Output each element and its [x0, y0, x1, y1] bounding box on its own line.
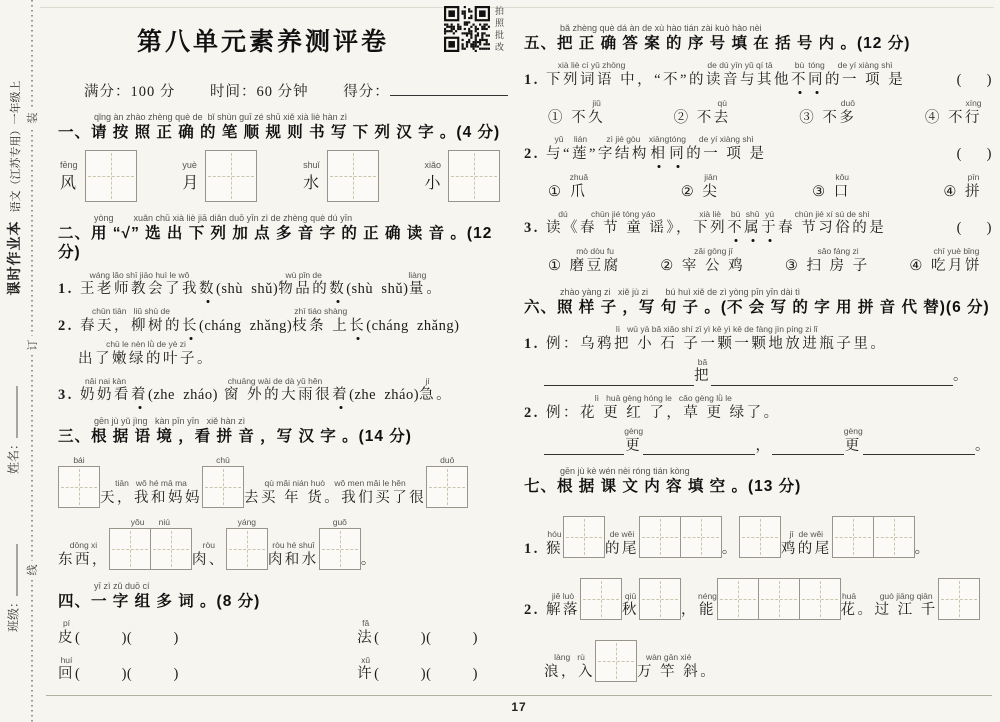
pinyin: [443, 377, 445, 387]
text: 量: [409, 280, 426, 299]
text-segment: 1.: [58, 271, 80, 300]
pinyin: [778, 568, 780, 578]
text: 例：花 更 红 了，草 更 绿了。: [546, 404, 781, 423]
text-segment: shǔ属: [744, 210, 761, 239]
write-box-cell: [680, 516, 722, 558]
right-column: bǎ zhèng què dá àn de xù hào tián zài ku…: [524, 6, 992, 692]
answer-blank-line: [544, 370, 694, 386]
pinyin: yáng: [238, 518, 256, 528]
text-segment: làng rù浪，入: [544, 653, 595, 682]
pinyin: wù pǐn de: [286, 271, 322, 281]
text-segment: ，: [755, 427, 772, 456]
pinyin: [383, 377, 385, 387]
write-box: [639, 578, 681, 620]
write-box-cell: [205, 150, 257, 202]
text: 长: [182, 317, 199, 336]
text: ，: [681, 601, 698, 620]
write-box-cell: [327, 150, 379, 202]
text-segment: lì wū yā bǎ xiǎo shí zǐ yì kē yì kē de f…: [546, 325, 887, 354]
text: 春 节习俗的是: [778, 219, 886, 238]
pinyin: [534, 325, 536, 335]
pinyin: [246, 271, 248, 281]
pinyin: lián: [574, 135, 587, 145]
pinyin: néng: [698, 592, 717, 602]
answer-option: ① 不jiǔ久: [548, 99, 605, 128]
pinyin: [759, 507, 761, 517]
pinyin: [708, 653, 710, 663]
page-number: 17: [511, 700, 526, 714]
write-box-cell: [85, 150, 137, 202]
write-box-cell: [426, 466, 468, 508]
text-segment: zhuǎ爪: [570, 173, 588, 202]
pinyin: [534, 135, 536, 145]
text: 。: [361, 551, 378, 570]
pinyin: [679, 507, 681, 517]
pinyin: yǒu niú: [131, 518, 170, 528]
write-box: [739, 516, 781, 558]
section-title: 七、根 据 课 文 内 容 填 空 。(13 分): [524, 477, 992, 496]
text-segment: gèng更: [624, 427, 643, 456]
pinyin: xiǎo: [424, 160, 441, 170]
write-box-cell: [758, 578, 800, 620]
pinyin: [729, 530, 731, 540]
section-title: 三、根 据 语 境 ，看 拼 音 ，写 汉 字 。(14 分): [58, 427, 508, 446]
text-segment: 1.: [524, 61, 546, 90]
text-segment: chūn jié xí sú de shì春 节习俗的是: [778, 210, 886, 239]
pinyin: [534, 530, 536, 540]
pinyin: [434, 271, 436, 281]
text-segment: 。: [858, 592, 875, 621]
name-field: 姓名：: [5, 386, 22, 474]
q5-item-3: 3. dú读《chūn jié tóng yáo春 节 童 谣 》，xià li…: [524, 210, 992, 239]
text: 爪: [570, 183, 587, 202]
text-segment: 3.: [524, 210, 546, 239]
pinyin: bù: [731, 210, 740, 220]
text: ( ): [957, 219, 992, 238]
pinyin: tóng: [808, 61, 825, 71]
text: 浪，入: [544, 663, 595, 682]
write-box-group: guǒ: [319, 518, 361, 570]
text: ( )( ): [75, 629, 179, 648]
write-box: [580, 578, 622, 620]
write-box-group: yǒu niú: [109, 518, 192, 570]
pinyin: yǔ: [554, 135, 563, 145]
pinyin: xiāng: [649, 135, 669, 145]
text: 读《: [546, 219, 580, 238]
pinyin: huí: [61, 656, 73, 666]
text-segment: ròu hé shuǐ肉和水: [268, 541, 319, 570]
character: 月: [182, 170, 198, 193]
score-label: 得分：: [343, 84, 390, 100]
text: 2.: [524, 145, 546, 164]
text: 能: [699, 601, 716, 620]
text-segment: 。: [436, 377, 453, 406]
pinyin: qiū: [625, 592, 636, 602]
text: 不: [727, 219, 744, 238]
write-box-group: duō: [426, 456, 468, 508]
pinyin: zhī tiáo shàng: [294, 307, 347, 317]
text: 下列: [693, 219, 727, 238]
section-2-header: yòng xuǎn chū xià liè jiā diǎn duō yīn z…: [58, 213, 508, 263]
qr-code-icon: [444, 6, 490, 52]
text-segment: 》，: [666, 210, 693, 239]
text: 急: [419, 386, 436, 405]
character: 水: [303, 170, 319, 193]
text-segment: (cháng zhǎng): [199, 307, 292, 336]
text: 王老师教会了我: [80, 280, 199, 299]
pinyin: pí: [63, 619, 70, 629]
answer-blank-line: [711, 370, 953, 386]
text-segment: de wěi的尾: [605, 530, 639, 559]
text-segment: ròu肉、: [192, 541, 226, 570]
text-segment: wàn gān xié万 竿 斜: [637, 653, 700, 682]
pinyin: [138, 377, 140, 387]
text: ① 不: [548, 109, 588, 128]
text: 许: [357, 665, 374, 684]
q2-item-1: 1. wáng lǎo shī jiāo huì le wǒ王老师教会了我 数 …: [58, 271, 508, 300]
write-box-cell: [873, 516, 915, 558]
pinyin: tóng: [669, 135, 686, 145]
text-segment: 1.: [524, 530, 546, 559]
pinyin: chū: [216, 456, 230, 466]
stroke-practice-item: xiǎo小: [424, 150, 500, 202]
pinyin: [659, 568, 661, 578]
write-box-cell: [226, 528, 268, 570]
text: ，: [755, 437, 772, 456]
binding-margin: 课时作业本语文（江苏专用）一年级上 装 订 线 姓名： 班级：: [0, 0, 46, 722]
text-segment: bù不: [727, 210, 744, 239]
text-segment: guò jiāng qiān过 江 千: [875, 592, 938, 621]
q2-item-2: 2. chūn tiān liǔ shù de春天，柳树的 长 (cháng z…: [58, 307, 508, 336]
text: ②: [681, 183, 703, 202]
pinyin: [679, 210, 681, 220]
pinyin: [958, 568, 960, 578]
text: ”: [589, 145, 598, 164]
pinyin: fēng: [60, 160, 78, 170]
text-segment: tiān wǒ hé mā ma天，我和妈妈: [100, 479, 202, 508]
text-segment: xià liè下列: [693, 210, 727, 239]
text: 去买 年 货。我们买了很: [244, 489, 426, 508]
pinyin: [693, 99, 695, 109]
text: 的一 项 是: [825, 71, 905, 90]
text: 磨豆腐: [570, 257, 621, 276]
pinyin: de dú yīn yǔ qí tā: [707, 61, 772, 71]
character-label: fēng风: [60, 160, 78, 193]
character: 小: [424, 170, 440, 193]
section-pinyin: yòng xuǎn chū xià liè jiā diǎn duō yīn z…: [94, 213, 508, 224]
text: ①: [548, 183, 570, 202]
pinyin: xǔ: [361, 656, 370, 666]
text: ③: [812, 183, 834, 202]
text-segment: 。: [975, 427, 992, 456]
q4-row-2: huí回 ( )( )xǔ许 ( )( ): [58, 656, 508, 685]
text-segment: liàng量: [408, 271, 426, 300]
binding-char-zhuang: 装: [24, 109, 40, 128]
pinyin: [357, 307, 359, 317]
text-segment: ( )( ): [75, 619, 179, 648]
pinyin: tiān wǒ hé mā ma: [115, 479, 187, 489]
write-box: [202, 466, 244, 508]
write-box-group: bái: [58, 456, 100, 508]
write-box: [717, 578, 841, 620]
text-segment: 2.: [58, 307, 80, 336]
section-pinyin: gēn jù yǔ jìng kàn pīn yīn xiě hàn zì: [94, 416, 508, 427]
text: 同: [669, 145, 686, 164]
text: 口: [834, 183, 851, 202]
text-segment: ( ): [957, 210, 992, 239]
pinyin: jiǔ: [592, 99, 601, 109]
q6-example-1: 1. lì wū yā bǎ xiǎo shí zǐ yì kē yì kē d…: [524, 325, 992, 354]
q4-row-1: pí皮 ( )( )fǎ法 ( )( ): [58, 619, 508, 648]
text: 3.: [58, 386, 80, 405]
pinyin: [412, 307, 414, 317]
text-segment: (shù shǔ): [346, 271, 408, 300]
pinyin: bù: [795, 61, 804, 71]
answer-option: ③ kǒu口: [812, 173, 851, 202]
text: 更: [845, 437, 862, 456]
pinyin: [337, 271, 339, 281]
pinyin: chūn jié tóng yáo: [591, 210, 655, 220]
pinyin: bái: [73, 456, 84, 466]
text-segment: gèng更: [844, 427, 863, 456]
text: 尖: [702, 183, 719, 202]
text: 猴: [546, 540, 563, 559]
text: 1.: [524, 71, 546, 90]
text: 万 竿 斜: [637, 663, 700, 682]
text-segment: zhī tiáo shàng枝条 上: [292, 307, 349, 336]
text-segment: ① 不: [548, 99, 588, 128]
pinyin: [244, 307, 246, 317]
text-segment: ，: [681, 592, 698, 621]
pinyin: [339, 377, 341, 387]
text: 2.: [524, 601, 546, 620]
pinyin: [592, 135, 594, 145]
section-pinyin: yī zì zǔ duō cí: [94, 581, 508, 592]
text-segment: pí皮: [58, 619, 75, 648]
pinyin: chūn jié xí sú de shì: [795, 210, 870, 220]
text: (cháng zhǎng): [199, 317, 292, 336]
answer-option: ① zhuǎ爪: [548, 173, 588, 202]
text-segment: tóng同: [669, 135, 686, 164]
text-segment: 数: [199, 271, 216, 300]
pinyin: [688, 592, 690, 602]
text-segment: 着: [332, 377, 349, 406]
text: ( ): [957, 145, 992, 164]
write-box-cell: [563, 516, 605, 558]
section-6-header: zhào yàng zi xiě jù zi bú huì xiě de zì …: [524, 287, 992, 317]
text: 枝条 上: [292, 317, 349, 336]
text-segment: ”: [589, 135, 598, 164]
text-segment: xíng行: [965, 99, 982, 128]
q5-item-1-options: ① 不jiǔ久 ② 不qù去 ③ 不duō多 ④ 不xíng行: [524, 99, 992, 128]
text-segment: jí急: [419, 377, 436, 406]
pinyin: [558, 247, 560, 257]
text-segment: 。: [426, 271, 443, 300]
stroke-practice-row: fēng风yuè月shuǐ水xiǎo小: [58, 150, 508, 202]
text: 着: [332, 386, 349, 405]
text-segment: qù去: [714, 99, 731, 128]
class-blank: [6, 544, 18, 596]
text: 着: [131, 386, 148, 405]
write-box-cell: [639, 516, 681, 558]
q3-line-1: báitiān wǒ hé mā ma天，我和妈妈chūqù mǎi nián …: [58, 456, 508, 508]
write-box-cell: [739, 516, 781, 558]
text: 行: [965, 109, 982, 128]
text: 去: [714, 109, 731, 128]
text: 皮: [58, 629, 75, 648]
section-7-header: gēn jù kè wén nèi róng tián kòng七、根 据 课 …: [524, 466, 992, 496]
pinyin: [865, 592, 867, 602]
text: 把: [694, 367, 711, 386]
pinyin: gèng: [624, 427, 643, 437]
answer-option: ② jiān尖: [681, 173, 720, 202]
text: ( )( ): [374, 665, 478, 684]
text-segment: kǒu口: [834, 173, 851, 202]
write-box-cell: [58, 466, 100, 508]
pinyin: [68, 271, 70, 281]
text-segment: ③: [812, 173, 834, 202]
pinyin: làng rù: [554, 653, 585, 663]
pinyin: [818, 99, 820, 109]
write-box-group: [717, 568, 841, 620]
pinyin: huā: [842, 592, 856, 602]
text-segment: mò dòu fu磨豆腐: [570, 247, 621, 276]
pinyin: zhuǎ: [570, 173, 588, 183]
pinyin: [182, 377, 184, 387]
text: 花: [841, 601, 858, 620]
pinyin: kǒu: [835, 173, 849, 183]
right-blocks: bǎ zhèng què dá àn de xù hào tián zài ku…: [524, 23, 992, 682]
book-title-rest: 语文（江苏专用）一年级上: [10, 81, 22, 213]
write-box-cell: [109, 528, 151, 570]
character-label: shuǐ水: [303, 160, 320, 193]
text-segment: chuāng wài de dà yǔ hěn 窗 外的大雨很: [218, 377, 332, 406]
write-box-cell: [938, 578, 980, 620]
text-segment: 。: [700, 653, 717, 682]
pinyin: [68, 307, 70, 317]
text-segment: 2.: [524, 394, 546, 423]
pinyin: chī yuè bǐng: [934, 247, 980, 257]
text-segment: ①: [548, 247, 570, 276]
text: ( )( ): [374, 629, 478, 648]
text-segment: 3.: [58, 377, 80, 406]
text-segment: ②: [660, 247, 682, 276]
text-segment: 2.: [524, 592, 546, 621]
pinyin: [126, 619, 128, 629]
text-segment: de dú yīn yǔ qí tā的读音与其他: [689, 61, 791, 90]
pinyin: bǎ: [698, 358, 707, 368]
text: 。: [436, 386, 453, 405]
text-segment: (cháng zhǎng): [366, 307, 459, 336]
write-box-cell: [595, 640, 637, 682]
pinyin: [425, 619, 427, 629]
stroke-practice-item: shuǐ水: [303, 150, 379, 202]
text: (zhe zháo): [349, 386, 419, 405]
write-box-group: [563, 507, 605, 559]
section-3-header: gēn jù yǔ jìng kàn pīn yīn xiě hàn zì三、根…: [58, 416, 508, 446]
write-box-group: [595, 630, 637, 682]
paper-header: 第八单元素养测评卷 拍照批改: [58, 6, 508, 68]
pinyin: [534, 592, 536, 602]
answer-blank-line: [544, 439, 624, 455]
text: 莲: [572, 145, 589, 164]
pinyin: [822, 173, 824, 183]
text: ③ 不: [799, 109, 839, 128]
text-segment: xǔ许: [357, 656, 374, 685]
text-segment: duō多: [839, 99, 856, 128]
pinyin: xià liè: [699, 210, 721, 220]
text: 属: [744, 219, 761, 238]
exam-info-line: 满分：100 分 时间：60 分钟 得分：: [84, 80, 508, 101]
text: ( )( ): [75, 665, 179, 684]
exam-time: 时间：60 分钟: [210, 84, 309, 100]
text-segment: ，“不”: [637, 61, 689, 90]
answer-option: ③ sǎo fáng zi扫 房 子: [785, 247, 870, 276]
pinyin: [763, 427, 765, 437]
text: 长: [349, 317, 366, 336]
answer-blank-line: [772, 439, 843, 455]
text: 。: [700, 663, 717, 682]
pinyin: [615, 630, 617, 640]
text-segment: dōng xi东西，: [58, 541, 109, 570]
answer-option: ① mò dòu fu磨豆腐: [548, 247, 621, 276]
answer-option: ④ 不xíng行: [925, 99, 982, 128]
text: 吃月饼: [931, 257, 982, 276]
pinyin: wàn gān xié: [646, 653, 691, 663]
section-title: 五、把 正 确 答 案 的 序 号 填 在 括 号 内 。(12 分): [524, 34, 992, 53]
text-segment: jī de wěi鸡的尾: [781, 530, 832, 559]
pinyin: mò dòu fu: [576, 247, 614, 257]
pinyin: [206, 271, 208, 281]
pinyin: yuè: [182, 160, 197, 170]
text-segment: (shù shǔ): [216, 271, 278, 300]
text: ( ): [957, 71, 992, 90]
text-segment: 。: [722, 530, 739, 559]
text-segment: 长: [182, 307, 199, 336]
pinyin: qù mǎi nián huò wǒ men mǎi le hěn: [264, 479, 405, 489]
text: (zhe zháo): [148, 386, 218, 405]
text-segment: ④ 不: [925, 99, 965, 128]
pinyin: [982, 427, 984, 437]
text: 久: [588, 109, 605, 128]
write-box-cell: [150, 528, 192, 570]
pinyin: [126, 656, 128, 666]
pinyin: [960, 358, 962, 368]
qr-block: 拍照批改: [444, 6, 506, 54]
write-box-group: yáng: [226, 518, 268, 570]
text: 的尾: [605, 540, 639, 559]
text-segment: néng能: [698, 592, 717, 621]
text-segment: xià liè cí yǔ zhōng下列词语 中: [546, 61, 637, 90]
binding-char-xian: 线: [24, 561, 40, 580]
text: 》，: [666, 219, 693, 238]
pinyin: [583, 507, 585, 517]
pinyin: [558, 173, 560, 183]
text: 例：乌鸦把 小 石 子一颗一颗地放进瓶子里。: [546, 335, 887, 354]
pinyin: hóu: [547, 530, 561, 540]
pinyin: duō: [440, 456, 454, 466]
stroke-practice-item: yuè月: [182, 150, 257, 202]
text: 1.: [524, 540, 546, 559]
write-box-cell: [319, 528, 361, 570]
write-box-group: [580, 568, 622, 620]
section-1-header: qǐng àn zhào zhèng què de bǐ shùn guī zé…: [58, 112, 508, 142]
write-box-group: [832, 507, 915, 559]
text: 2.: [524, 404, 546, 423]
pinyin: xià liè cí yǔ zhōng: [558, 61, 626, 71]
section-title: 四、一 字 组 多 词 。(8 分): [58, 592, 508, 611]
text: ②: [660, 257, 682, 276]
